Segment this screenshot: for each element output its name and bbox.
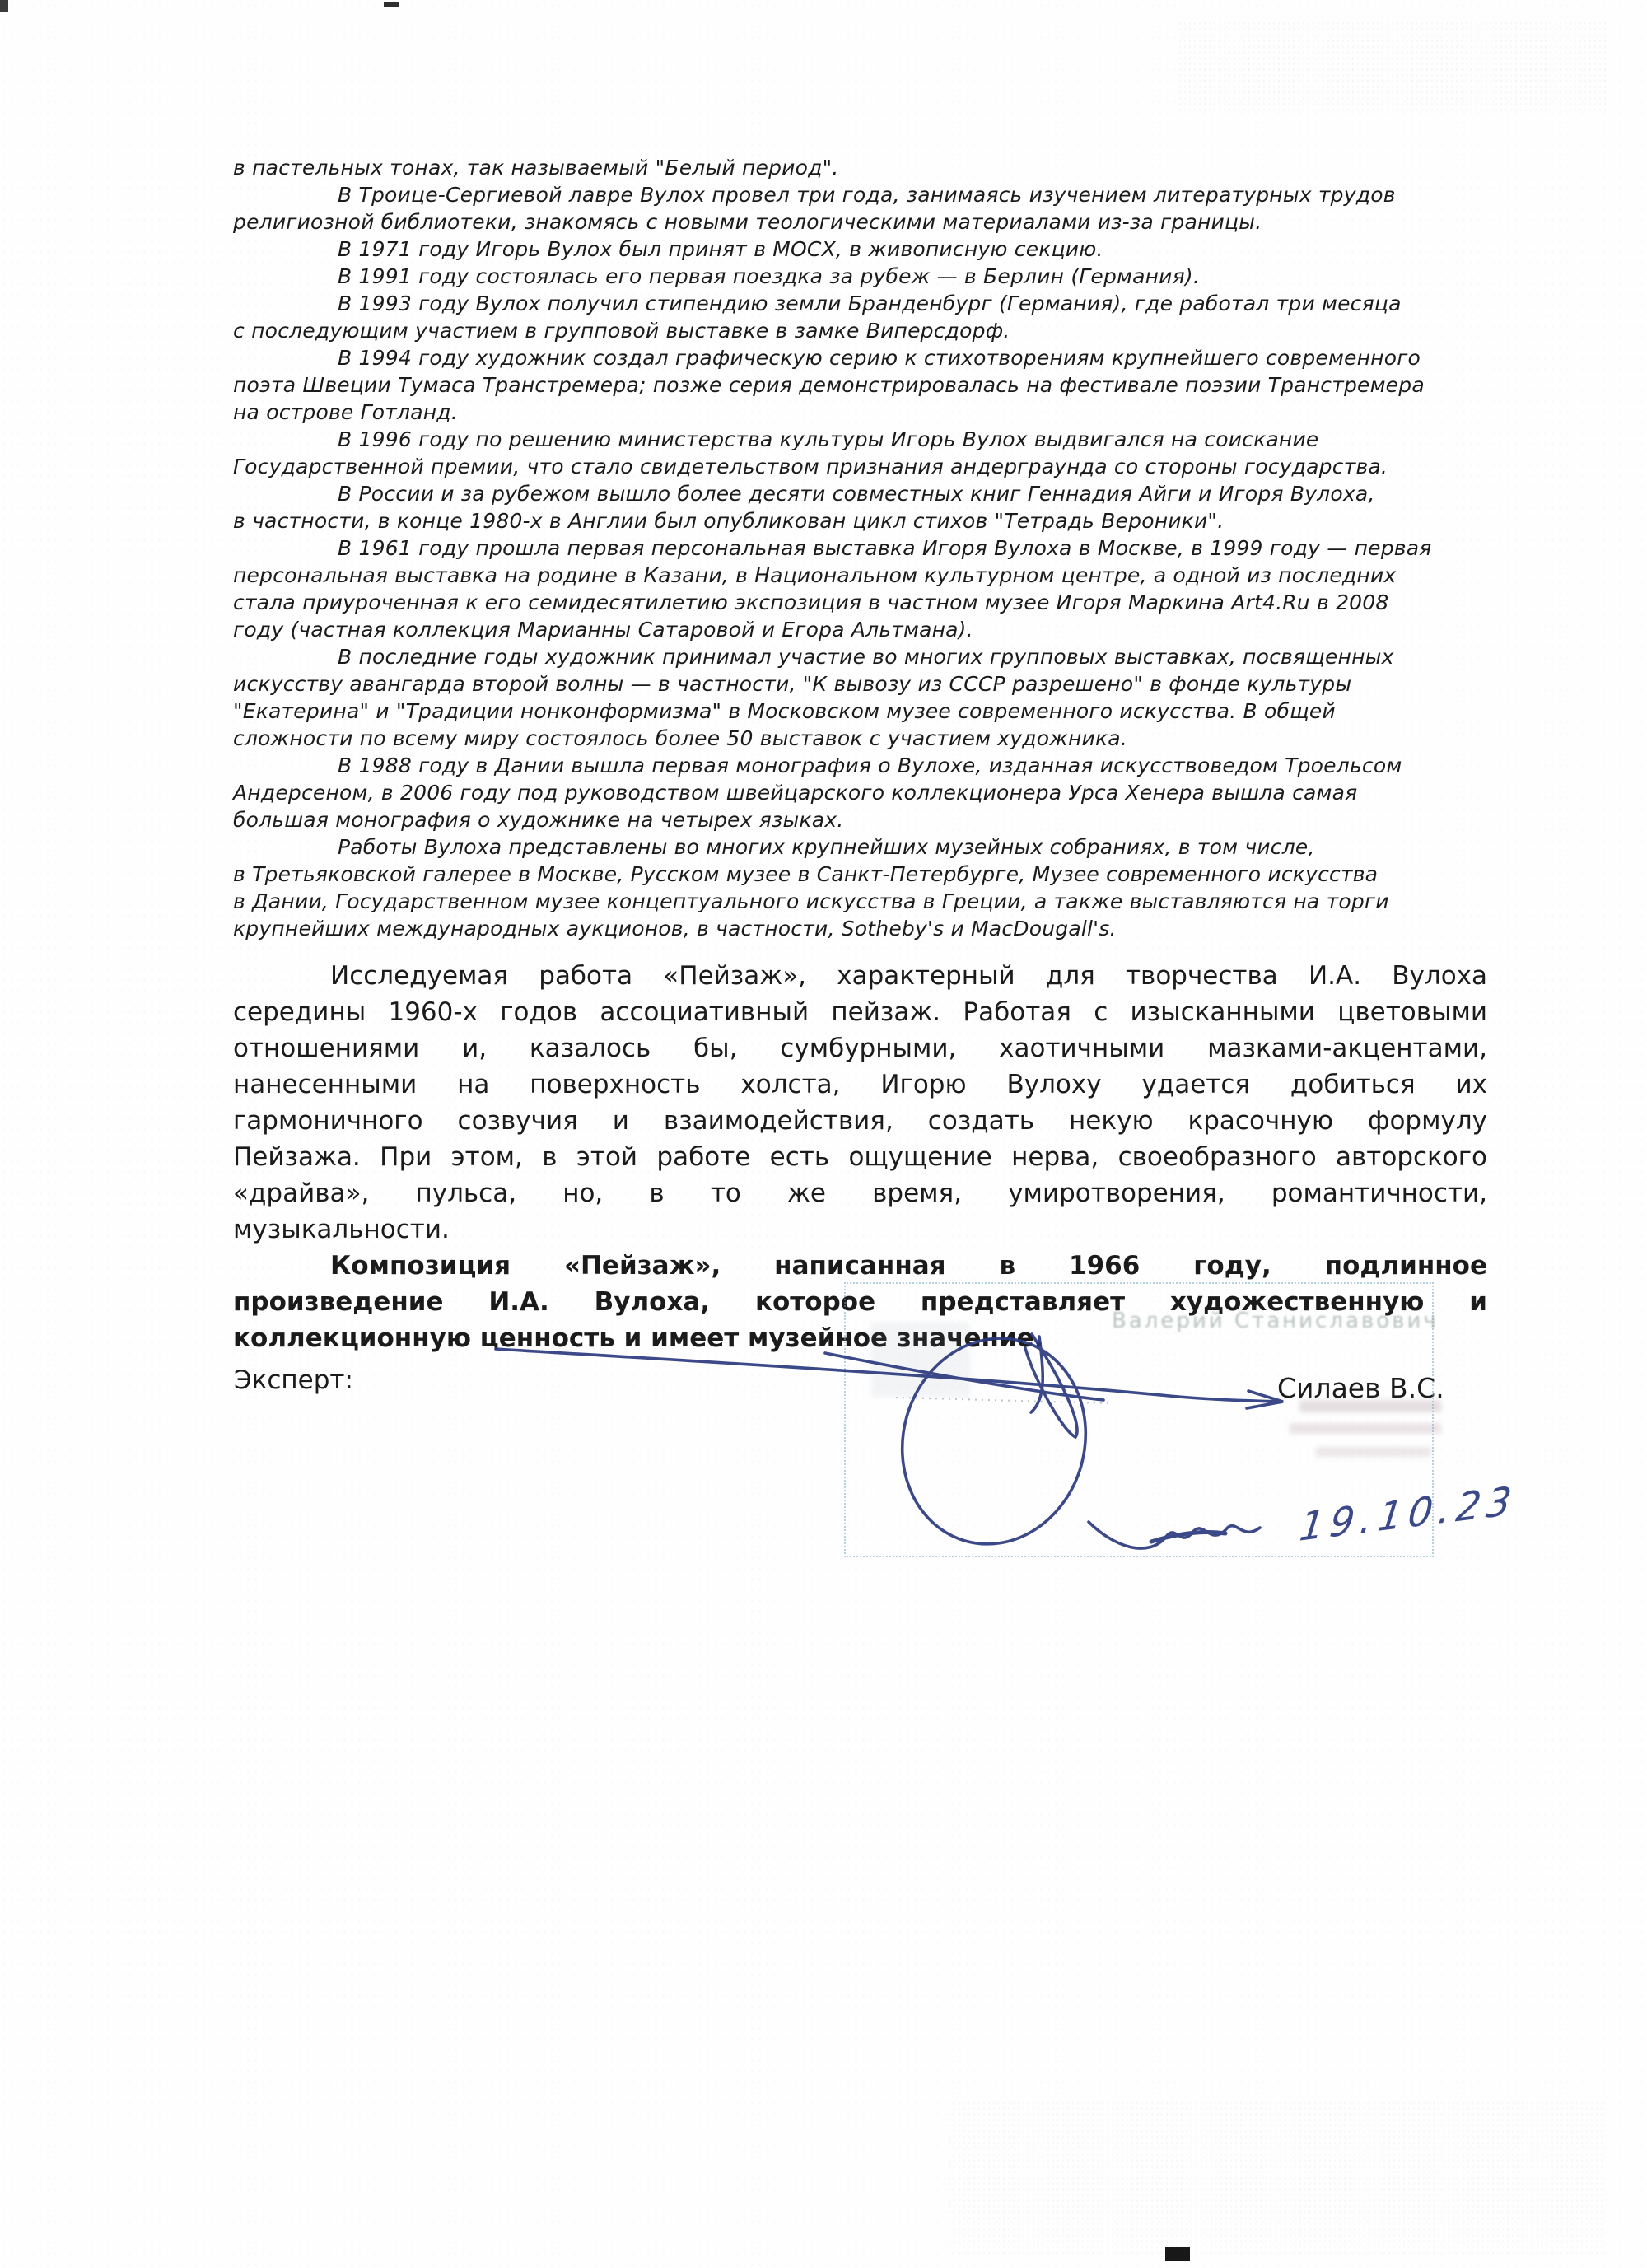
biography-text-block: в пастельных тонах, так называемый "Белы…	[233, 154, 1456, 942]
text-line: В России и за рубежом вышло более десяти…	[233, 480, 1456, 507]
text-line: В последние годы художник принимал участ…	[233, 643, 1456, 670]
text-line: В 1996 году по решению министерства куль…	[233, 426, 1456, 453]
text-line: Композиция «Пейзаж», написанная в 1966 г…	[233, 1248, 1487, 1284]
scan-artifact	[384, 2, 399, 7]
text-line: стала приуроченная к его семидесятилетию…	[233, 589, 1456, 616]
text-line: с последующим участием в групповой выста…	[233, 317, 1456, 344]
scanned-document-page: в пастельных тонах, так называемый "Белы…	[0, 0, 1647, 2268]
scan-noise-patch	[1178, 21, 1606, 111]
text-line: в частности, в конце 1980-х в Англии был…	[233, 507, 1456, 534]
text-line: "Екатерина" и "Традиции нонконформизма" …	[233, 698, 1456, 725]
text-line: на острове Готланд.	[233, 399, 1456, 426]
text-line: большая монография о художнике на четыре…	[233, 806, 1456, 833]
text-line: Исследуемая работа «Пейзаж», характерный…	[233, 958, 1487, 994]
text-line: Работы Вулоха представлены во многих кру…	[233, 833, 1456, 861]
text-line: В 1988 году в Дании вышла первая моногра…	[233, 752, 1456, 779]
text-line: отношениями и, казалось бы, сумбурными, …	[233, 1030, 1487, 1066]
text-line: В 1993 году Вулох получил стипендию земл…	[233, 290, 1456, 317]
text-line: персональная выставка на родине в Казани…	[233, 562, 1456, 589]
text-line: середины 1960-х годов ассоциативный пейз…	[233, 994, 1487, 1030]
text-line: Андерсеном, в 2006 году под руководством…	[233, 779, 1456, 806]
text-line: «драйва», пульса, но, в то же время, уми…	[233, 1175, 1487, 1211]
analysis-paragraph: Исследуемая работа «Пейзаж», характерный…	[233, 958, 1487, 1248]
scan-artifact	[0, 0, 8, 12]
text-line: в Третьяковской галерее в Москве, Русско…	[233, 861, 1456, 888]
text-line: в Дании, Государственном музее концептуа…	[233, 888, 1456, 915]
text-line: религиозной библиотеки, знакомясь с новы…	[233, 208, 1456, 236]
expert-label: Эксперт:	[234, 1365, 353, 1395]
text-line: музыкальности.	[233, 1211, 1487, 1248]
text-line: В 1991 году состоялась его первая поездк…	[233, 263, 1456, 290]
scan-noise-patch	[947, 2100, 1606, 2256]
scan-artifact	[1165, 2247, 1190, 2261]
text-line: искусству авангарда второй волны — в час…	[233, 670, 1456, 698]
text-line: В Троице-Сергиевой лавре Вулох провел тр…	[233, 181, 1456, 208]
text-line: сложности по всему миру состоялось более…	[233, 725, 1456, 752]
text-line: в пастельных тонах, так называемый "Белы…	[233, 154, 1456, 181]
text-line: Государственной премии, что стало свидет…	[233, 453, 1456, 480]
text-line: нанесенными на поверхность холста, Игорю…	[233, 1066, 1487, 1103]
text-line: крупнейших международных аукционов, в ча…	[233, 915, 1456, 942]
text-line: В 1994 году художник создал графическую …	[233, 344, 1456, 371]
text-line: В 1971 году Игорь Вулох был принят в МОС…	[233, 236, 1456, 263]
text-line: поэта Швеции Тумаса Транстремера; позже …	[233, 371, 1456, 399]
text-line: гармоничного созвучия и взаимодействия, …	[233, 1103, 1487, 1139]
text-line: году (частная коллекция Марианны Сатаров…	[233, 616, 1456, 643]
text-line: В 1961 году прошла первая персональная в…	[233, 534, 1456, 562]
watermark-text: Валерий Станиславович	[1112, 1309, 1439, 1333]
text-line: Пейзажа. При этом, в этой работе есть ощ…	[233, 1139, 1487, 1175]
